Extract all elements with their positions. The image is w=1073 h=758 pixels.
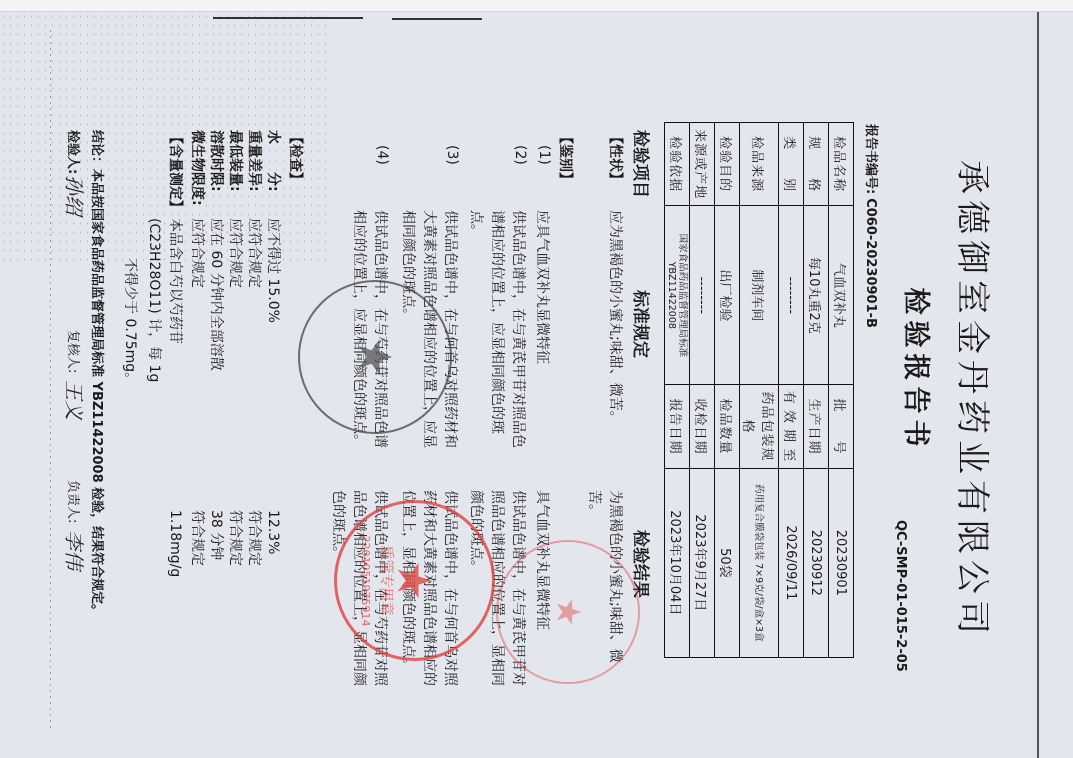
conclusion: 结论：本品按国家食品药品监督管理局标准 YBZ11422008 检验，结果符合规… bbox=[89, 130, 108, 617]
inspection-standard: 应符合规定 bbox=[225, 218, 244, 288]
inspection-name: 最低装量: bbox=[225, 130, 244, 192]
info-label: 检品数量 bbox=[715, 385, 740, 468]
info-row: 检品来源制剂车间药品包装规格药用复合膜袋包装 7×9克/袋/盒×3盒 bbox=[740, 123, 779, 658]
info-label: 来源或产地 bbox=[690, 123, 715, 206]
red-seal-label: 质管专用章 bbox=[377, 523, 397, 638]
company-seal-black: ★ bbox=[298, 280, 452, 434]
info-label: 批 号 bbox=[829, 385, 854, 468]
report-number-value: C060-20230901-B bbox=[863, 198, 878, 328]
info-value: 每10丸重2克 bbox=[804, 206, 829, 385]
manager-label: 负责人: bbox=[65, 480, 84, 523]
inspection-name: 水 分: bbox=[263, 130, 282, 192]
col-header-item: 检验项目 bbox=[630, 130, 655, 198]
red-seal-number: 2201051975914 bbox=[359, 511, 372, 651]
inspection-result: 38 分钟 bbox=[206, 510, 225, 560]
info-label: 收检日期 bbox=[690, 385, 715, 468]
info-row: 检验依据国家食品药品监督管理局标准 YBZ11422008报告日期2023年10… bbox=[665, 123, 690, 658]
info-value: 出厂检验 bbox=[715, 206, 740, 385]
assay-result: 1.18mg/g bbox=[164, 510, 185, 577]
inspection-result: 12.3% bbox=[263, 510, 282, 554]
assay-standard-line1: 本品含白芍以芍药苷 bbox=[164, 218, 185, 344]
inspection-name: 重量差异: bbox=[244, 130, 263, 192]
info-value: 20230912 bbox=[804, 468, 829, 657]
quality-seal-red-faint: ★ bbox=[496, 540, 640, 684]
inspection-standard: 应在 60 分钟内全部溶散 bbox=[206, 218, 225, 371]
inspection-standard: 应不得过 15.0% bbox=[263, 218, 282, 323]
info-label: 有 效 期 至 bbox=[779, 385, 804, 468]
info-value: 2023年10月04日 bbox=[665, 468, 690, 657]
assay-standard-line2: (C23H28O11) 计，每 1g bbox=[143, 218, 164, 382]
seal-star-icon: ★ bbox=[498, 542, 638, 682]
report-number: 报告书编号:C060-20230901-B bbox=[863, 124, 882, 328]
info-value: 国家食品药品监督管理局标准 YBZ11422008 bbox=[665, 206, 690, 385]
info-row: 检品名称气血双补丸批 号20230901 bbox=[829, 123, 854, 658]
identification-number: (2) bbox=[512, 145, 528, 165]
scan-edge-line bbox=[213, 17, 363, 19]
reviewer-label: 复核人: bbox=[65, 330, 84, 373]
identification-number: (1) bbox=[536, 145, 552, 165]
info-row: 检验目的出厂检验检品数量50袋 bbox=[715, 123, 740, 658]
info-value: 气血双补丸 bbox=[829, 206, 854, 385]
info-value: 50袋 bbox=[715, 468, 740, 657]
company-name: 承德御室金丹药业有限公司 bbox=[951, 130, 1000, 670]
top-strip bbox=[0, 0, 1073, 12]
info-label: 规 格 bbox=[804, 123, 829, 206]
quality-seal-red: ★ 质管专用章 2201051975914 bbox=[334, 500, 495, 661]
info-label: 生产日期 bbox=[804, 385, 829, 468]
inspection-standard: 应符合规定 bbox=[187, 218, 206, 288]
identification-number: (3) bbox=[444, 145, 460, 165]
scan-edge-line bbox=[392, 18, 482, 20]
info-table: 检品名称气血双补丸批 号20230901规 格每10丸重2克生产日期202309… bbox=[664, 122, 854, 658]
info-label: 检验依据 bbox=[665, 123, 690, 206]
inspection-result: 符合规定 bbox=[225, 510, 244, 566]
identification-number: (4) bbox=[374, 145, 390, 165]
info-value: 2023年9月27日 bbox=[690, 468, 715, 657]
info-label: 报告日期 bbox=[665, 385, 690, 468]
page-edge-line bbox=[1037, 12, 1039, 758]
character-label: 【性状】 bbox=[604, 130, 625, 186]
inspection-report: 承德御室金丹药业有限公司 检验报告书 QC-SMP-01-015-2-05 报告… bbox=[20, 90, 1000, 710]
info-row: 来源或产地--------收检日期2023年9月27日 bbox=[690, 123, 715, 658]
identification-standard: 应具气血双补丸显微特征 bbox=[531, 210, 552, 455]
inspection-result: 符合规定 bbox=[187, 510, 206, 566]
reviewer-signature: 王义 bbox=[61, 380, 90, 420]
identification-standard: 供试品色谱中，在与黄芪甲苷对照品色谱相应的位置上，应显相同颜色的斑点。 bbox=[465, 210, 528, 455]
inspection-name: 溶散时限: bbox=[206, 130, 225, 192]
info-row: 规 格每10丸重2克生产日期20230912 bbox=[804, 123, 829, 658]
info-value: 药用复合膜袋包装 7×9克/袋/盒×3盒 bbox=[740, 468, 779, 657]
info-value: 20230901 bbox=[829, 468, 854, 657]
document-code: QC-SMP-01-015-2-05 bbox=[893, 520, 908, 672]
assay-label: 【含量测定】 bbox=[164, 130, 185, 214]
info-label: 药品包装规格 bbox=[740, 385, 779, 468]
inspection-result: 符合规定 bbox=[244, 510, 263, 566]
info-row: 类 别--------有 效 期 至2026/09/11 bbox=[779, 123, 804, 658]
inspector-signature: 孙绍 bbox=[61, 175, 90, 215]
info-value: 2026/09/11 bbox=[779, 468, 804, 657]
manager-signature: 李伟 bbox=[61, 530, 90, 570]
report-title: 检验报告书 bbox=[899, 170, 938, 570]
col-header-standard: 标准规定 bbox=[630, 290, 655, 358]
seal-star-icon: ★ bbox=[300, 282, 450, 432]
inspection-standard: 应符合规定 bbox=[244, 218, 263, 288]
inspection-label: 【检查】 bbox=[284, 130, 305, 186]
info-value: -------- bbox=[779, 206, 804, 385]
character-standard: 应为黑褐色的小蜜丸;味甜、微苦。 bbox=[604, 210, 625, 455]
assay-standard-line3: 不得少于 0.75mg。 bbox=[119, 258, 140, 386]
info-label: 检验目的 bbox=[715, 123, 740, 206]
info-label: 检品名称 bbox=[829, 123, 854, 206]
inspection-name: 微生物限度: bbox=[187, 130, 206, 206]
identification-label: 【鉴别】 bbox=[554, 130, 575, 186]
info-value: 制剂车间 bbox=[740, 206, 779, 385]
inspector-label: 检验人: bbox=[65, 130, 84, 174]
info-label: 类 别 bbox=[779, 123, 804, 206]
info-value: -------- bbox=[690, 206, 715, 385]
info-label: 检品来源 bbox=[740, 123, 779, 206]
report-number-label: 报告书编号: bbox=[863, 124, 878, 194]
